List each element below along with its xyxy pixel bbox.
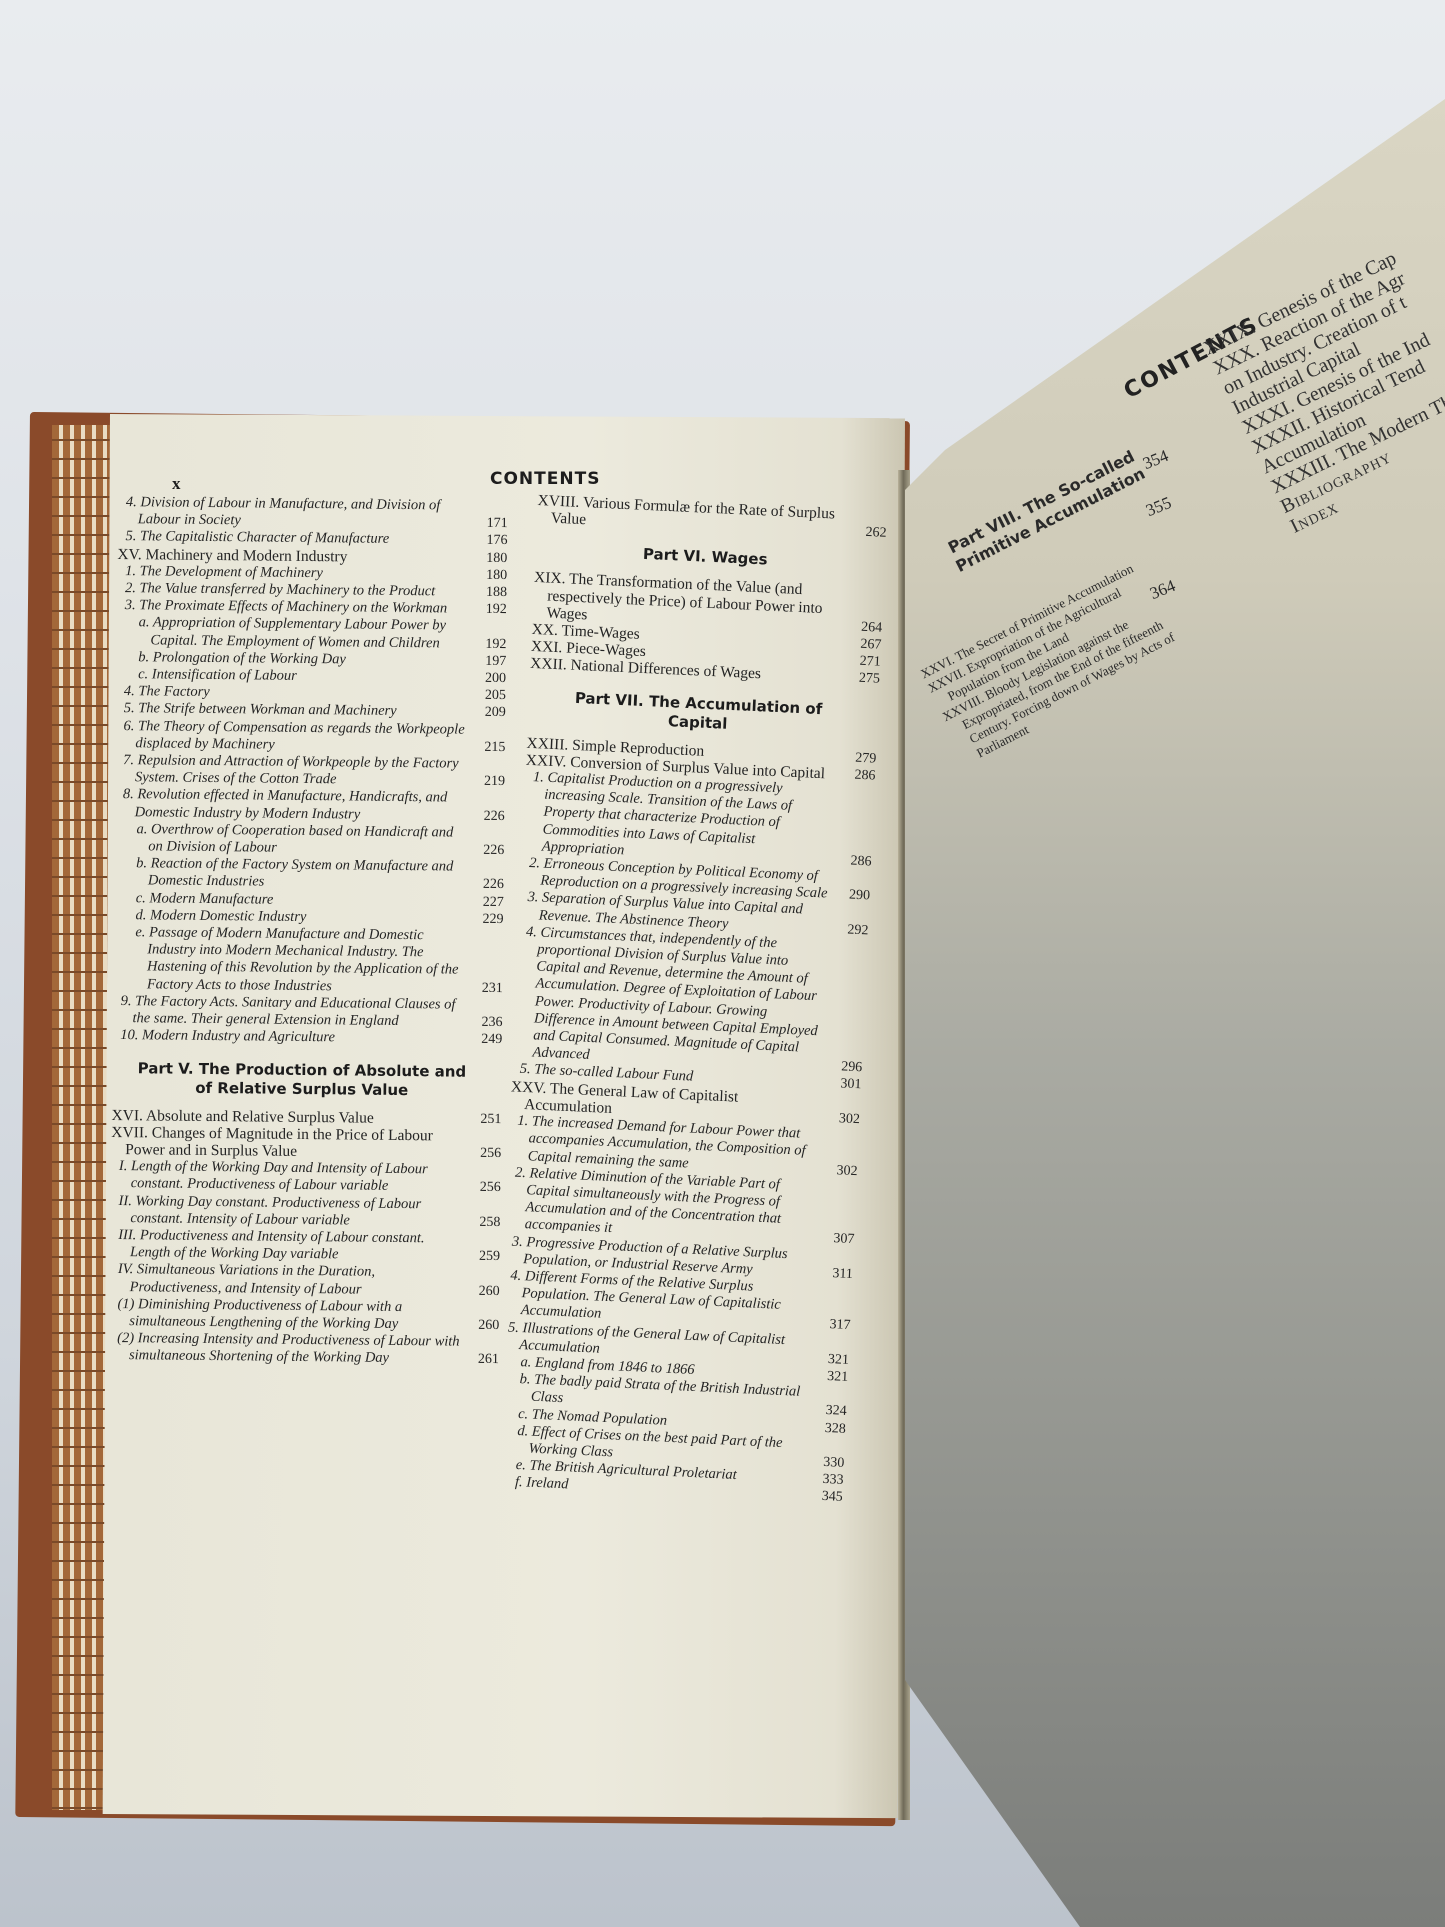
toc-entry-page: 236 [493,1014,502,1031]
toc-entry-page: 275 [872,671,880,689]
toc-entry-title: 1. Capitalist Production on a progressiv… [542,770,840,869]
toc-entry-page: 328 [836,1420,846,1438]
toc-entry-title: II. Working Day constant. Productiveness… [130,1193,464,1231]
toc-entry-title: b. Reaction of the Factory System on Man… [148,856,468,894]
toc-entry-page: 290 [861,887,871,905]
toc-entry-page: 249 [493,1031,502,1048]
toc-entry-page: 345 [833,1489,843,1507]
toc-entry-page: 219 [496,773,505,790]
toc-entry-page: 324 [837,1403,847,1421]
toc-list-part-iv: 4. Division of Labour in Manufacture, an… [112,494,508,1049]
toc-list-part-v: XVI. Absolute and Relative Surplus Value… [109,1106,502,1368]
toc-entry-title: (2) Increasing Intensity and Productiven… [129,1330,463,1368]
toc-entry: 4. Circumstances that, independently of … [512,923,868,1076]
toc-entry-page: 176 [498,532,507,549]
part-heading: Part V. The Production of Absolute and o… [132,1059,472,1101]
toc-entry-page: 307 [845,1231,855,1249]
toc-entry-title: 10. Modern Industry and Agriculture [132,1027,466,1048]
toc-entry-title: 8. Revolution effected in Manufacture, H… [135,787,469,825]
toc-entry: a. Appropriation of Supplementary Labour… [116,614,506,652]
toc-entry: XVII. Changes of Magnitude in the Price … [111,1124,501,1162]
toc-entry: (1) Diminishing Productiveness of Labour… [109,1296,499,1334]
toc-entry-page: 209 [497,704,506,721]
toc-column-right: XVIII. Various Formulæ for the Rate of S… [493,492,888,1506]
toc-entry-page: 296 [853,1059,863,1077]
toc-entry-page: 231 [494,980,503,997]
toc-entry-page: 321 [840,1351,850,1369]
toc-entry-title: 2. Relative Diminution of the Variable P… [524,1165,821,1247]
toc-entry-title: 4. Division of Labour in Manufacture, an… [138,494,472,532]
toc-entry-page: 302 [848,1162,858,1180]
toc-entry-page: 251 [494,1110,501,1127]
toc-entry: (2) Increasing Intensity and Productiven… [109,1330,499,1368]
toc-entry-title: IV. Simultaneous Variations in the Durat… [130,1261,464,1299]
toc-entry: IV. Simultaneous Variations in the Durat… [110,1261,500,1299]
toc-entry-page: 227 [495,894,504,911]
toc-entry-title: 4. Circumstances that, independently of … [532,924,832,1075]
toc-entry-title: XVII. Changes of Magnitude in the Price … [125,1124,465,1162]
toc-entry-page: 229 [494,911,503,928]
toc-entry-title: a. Appropriation of Supplementary Labour… [150,615,470,653]
toc-entry: e. Passage of Modern Manufacture and Dom… [113,924,504,997]
toc-entry-title: III. Productiveness and Intensity of Lab… [130,1227,464,1265]
toc-entry-page: 262 [879,525,887,543]
toc-entry-title: 7. Repulsion and Attraction of Workpeopl… [135,752,469,790]
toc-entry: b. Reaction of the Factory System on Man… [114,855,504,893]
toc-entry-title: e. Passage of Modern Manufacture and Dom… [147,924,468,996]
toc-entry-page: 171 [499,515,508,532]
toc-entry-page: 279 [869,750,877,768]
toc-entry-page: 286 [862,853,872,871]
toc-entry-page: 260 [491,1282,500,1299]
toc-entry: 6. The Theory of Compensation as regards… [115,718,505,756]
toc-entry-page: 192 [497,636,506,653]
toc-entry-page: 286 [868,767,876,785]
toc-entry-page: 333 [834,1472,844,1490]
toc-entry-page: 292 [859,922,869,940]
toc-entry: 7. Repulsion and Attraction of Workpeopl… [115,752,505,790]
toc-entry-page: 321 [839,1369,849,1387]
toc-entry: I. Length of the Working Day and Intensi… [111,1158,501,1196]
toc-entry-page: 226 [495,842,504,859]
toc-column-left: 4. Division of Labour in Manufacture, an… [109,494,508,1369]
toc-entry: 10. Modern Industry and Agriculture249 [112,1027,502,1048]
toc-entry-page: 301 [852,1076,862,1094]
toc-entry-page: 264 [875,619,883,637]
toc-entry-title: (1) Diminishing Productiveness of Labour… [129,1296,463,1334]
toc-list-part-vi: XIX. The Transformation of the Value (an… [530,569,884,688]
toc-entry: 9. The Factory Acts. Sanitary and Educat… [112,993,502,1031]
toc-entry-title: a. Overthrow of Cooperation based on Han… [148,821,468,859]
toc-entry: a. Overthrow of Cooperation based on Han… [114,821,504,859]
toc-entry: II. Working Day constant. Productiveness… [110,1192,500,1230]
toc-entry: 4. Division of Labour in Manufacture, an… [118,494,508,532]
toc-entry-page: 256 [492,1179,501,1196]
toc-entry-title: I. Length of the Working Day and Intensi… [131,1158,465,1196]
toc-entry: 1. Capitalist Production on a progressiv… [522,769,876,871]
page-folio: x [172,474,181,494]
toc-entry-title: 6. The Theory of Compensation as regards… [135,718,469,756]
toc-entry: III. Productiveness and Intensity of Lab… [110,1227,500,1265]
running-head: CONTENTS [490,469,600,489]
toc-entry-page: 302 [852,1111,860,1129]
toc-entry-page: 226 [495,876,504,893]
toc-entry-page: 330 [835,1454,845,1472]
toc-entry-page: 317 [841,1317,851,1335]
toc-entry-page: 226 [496,808,505,825]
part-heading: Part VI. Wages [555,541,856,574]
toc-entry-page: 180 [498,567,507,584]
toc-list-part-vii: XXIII. Simple Reproduction279XXIV. Conve… [493,734,877,1506]
toc-entry-page: 200 [497,670,506,687]
toc-entry-page: 197 [497,653,506,670]
toc-entry-page: 192 [498,601,507,618]
toc-entry-page: 258 [491,1214,500,1231]
toc-entry-page: 260 [490,1317,499,1334]
photo-scene: x CONTENTS 4. Division of Labour in Manu… [0,0,1445,1927]
toc-entry-page: 215 [496,739,505,756]
toc-entry-title: 9. The Factory Acts. Sanitary and Educat… [132,993,466,1031]
toc-entry-page: 188 [498,584,507,601]
toc-entry-page: 271 [873,654,881,672]
toc-entry-page: 311 [844,1265,853,1283]
toc-entry-page: 259 [491,1248,500,1265]
toc-entry-page: 256 [494,1145,501,1162]
part-heading: Part VII. The Accumulation of Capital [547,687,848,739]
toc-entry: 8. Revolution effected in Manufacture, H… [115,786,505,824]
toc-entry-page: 267 [874,636,882,654]
toc-entry-page: 205 [497,687,506,704]
toc-entry-page: 180 [500,550,507,567]
